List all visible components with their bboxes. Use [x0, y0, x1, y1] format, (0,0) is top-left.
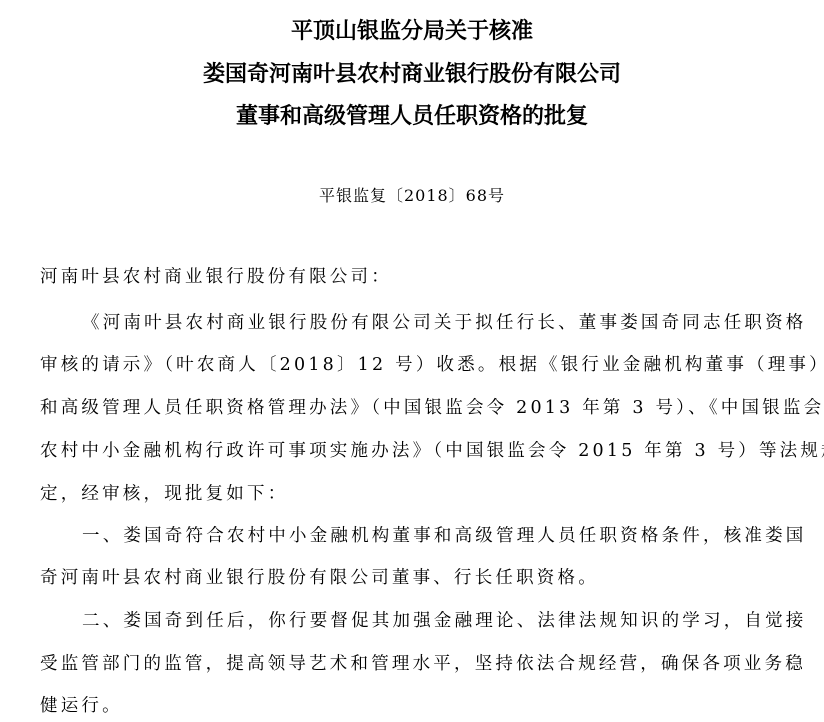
- body-line-2: 审核的请示》（叶农商人〔2018〕12 号）收悉。根据《银行业金融机构董事（理事…: [40, 351, 824, 376]
- body-line-4: 农村中小金融机构行政许可事项实施办法》（中国银监会令 2015 年第 3 号）等…: [40, 437, 824, 462]
- title-line-3: 董事和高级管理人员任职资格的批复: [0, 99, 824, 130]
- body-line-10: 健运行。: [40, 692, 123, 717]
- addressee: 河南叶县农村商业银行股份有限公司：: [40, 263, 392, 288]
- body-line-8: 二、娄国奇到任后，你行要督促其加强金融理论、法律法规知识的学习，自觉接: [82, 607, 807, 632]
- body-line-7: 奇河南叶县农村商业银行股份有限公司董事、行长任职资格。: [40, 564, 599, 589]
- title-line-2: 娄国奇河南叶县农村商业银行股份有限公司: [0, 57, 824, 88]
- body-line-1: 《河南叶县农村商业银行股份有限公司关于拟任行长、董事娄国奇同志任职资格: [82, 309, 807, 334]
- body-line-5: 定，经审核，现批复如下：: [40, 480, 288, 505]
- body-line-9: 受监管部门的监管，提高领导艺术和管理水平，坚持依法合规经营，确保各项业务稳: [40, 650, 806, 675]
- body-line-3: 和高级管理人员任职资格管理办法》（中国银监会令 2013 年第 3 号）、《中国…: [40, 394, 824, 419]
- title-line-1: 平顶山银监分局关于核准: [0, 14, 824, 45]
- document-number: 平银监复〔2018〕68号: [0, 183, 824, 206]
- body-line-6: 一、娄国奇符合农村中小金融机构董事和高级管理人员任职资格条件，核准娄国: [82, 522, 807, 547]
